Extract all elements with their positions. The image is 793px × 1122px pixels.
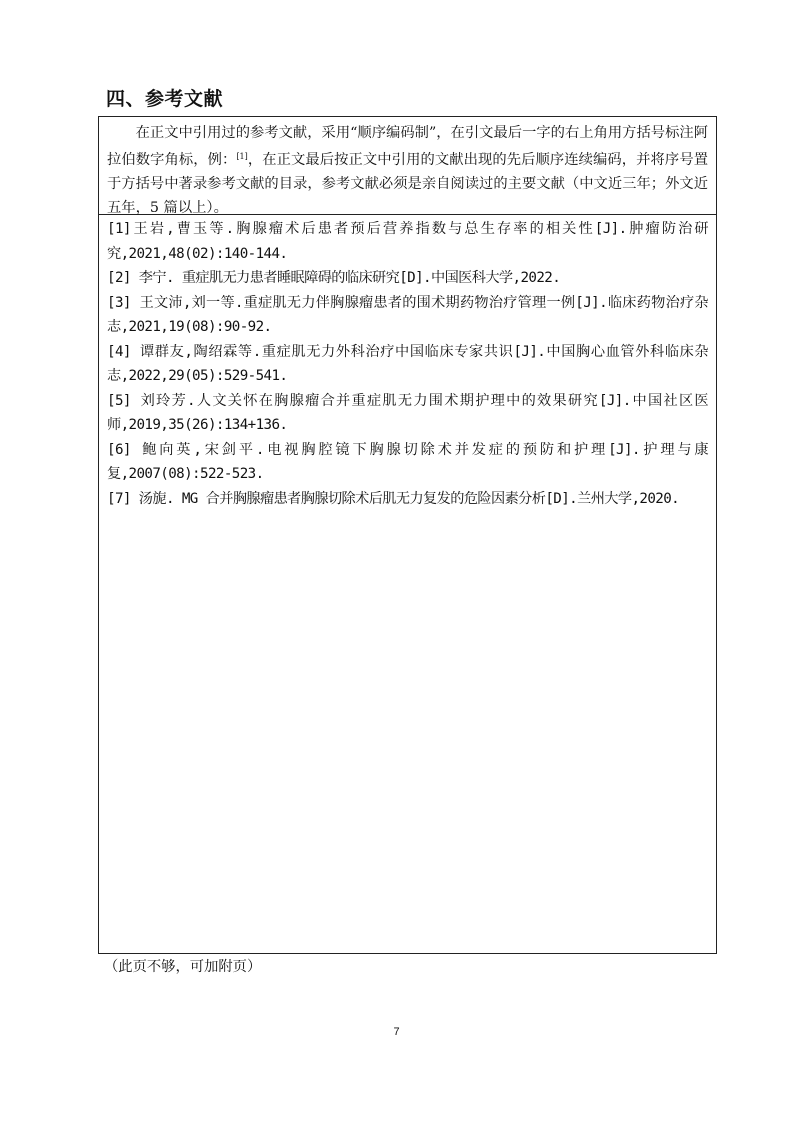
reference-item: [6] 鲍向英,宋剑平.电视胸腔镜下胸腺切除术并发症的预防和护理[J].护理与康… [107, 438, 708, 487]
page-number: 7 [0, 1026, 793, 1038]
reference-item: [2] 李宁. 重症肌无力患者睡眠障碍的临床研究[D].中国医科大学,2022. [107, 266, 708, 291]
references-box: 在正文中引用过的参考文献，采用“顺序编码制”，在引文最后一字的右上角用方括号标注… [98, 116, 717, 954]
reference-item: [5] 刘玲芳.人文关怀在胸腺瘤合并重症肌无力围术期护理中的效果研究[J].中国… [107, 389, 708, 438]
reference-item: [4] 谭群友,陶绍霖等.重症肌无力外科治疗中国临床专家共识[J].中国胸心血管… [107, 340, 708, 389]
footnote-add-pages: （此页不够，可加附页） [104, 957, 261, 977]
reference-item: [3] 王文沛,刘一等.重症肌无力伴胸腺瘤患者的围术期药物治疗管理一例[J].临… [107, 291, 708, 340]
reference-item: [7] 汤旎. MG 合并胸腺瘤患者胸腺切除术后肌无力复发的危险因素分析[D].… [107, 487, 708, 512]
reference-item: [1]王岩,曹玉等.胸腺瘤术后患者预后营养指数与总生存率的相关性[J].肿瘤防治… [107, 217, 708, 266]
reference-list: [1]王岩,曹玉等.胸腺瘤术后患者预后营养指数与总生存率的相关性[J].肿瘤防治… [99, 215, 716, 511]
section-title: 四、参考文献 [106, 84, 223, 111]
instructions-paragraph: 在正文中引用过的参考文献，采用“顺序编码制”，在引文最后一字的右上角用方括号标注… [99, 117, 716, 215]
citation-example-superscript: [1] [236, 152, 247, 161]
